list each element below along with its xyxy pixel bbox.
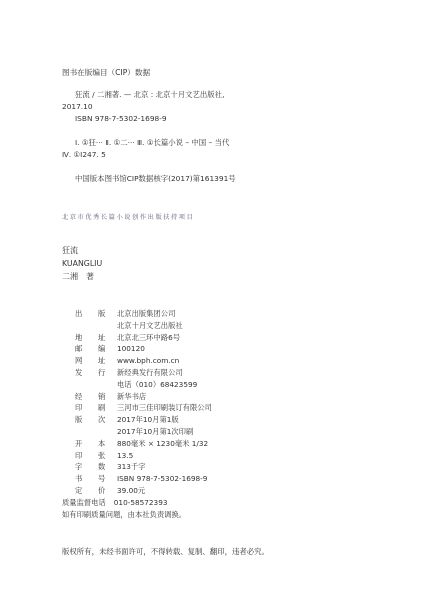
info-row-distributor: 发行新经典发行有限公司 — [75, 367, 212, 379]
cip-heading: 图书在版编目（CIP）数据 — [62, 68, 150, 77]
info-row-website: 网址www.bph.com.cn — [75, 355, 212, 367]
cip-line-classification: Ⅰ. ①狂··· Ⅱ. ①二··· Ⅲ. ①长篇小说 – 中国 – 当代 — [75, 138, 229, 147]
book-title-pinyin: KUANGLIU — [62, 259, 102, 268]
info-row-distributor-phone: 电话（010）68423599 — [75, 379, 212, 391]
info-row-publisher: 出版北京出版集团公司 — [75, 308, 212, 320]
project-note: 北京市优秀长篇小说创作出版扶持项目 — [62, 213, 194, 222]
info-row-isbn: 书号ISBN 978-7-5302-1698-9 — [75, 473, 212, 485]
info-row-edition: 版次2017年10月第1版 — [75, 414, 212, 426]
info-row-word-count: 字数313千字 — [75, 461, 212, 473]
quality-phone: 质量监督电话010-58572393 — [62, 497, 167, 509]
misprint-note: 如有印刷质量问题，由本社负责调换。 — [62, 509, 186, 521]
website-link: www.bph.com.cn — [117, 355, 179, 367]
author-role: 著 — [86, 272, 94, 281]
cip-line-date: 2017.10 — [62, 102, 93, 111]
copyright-page: 图书在版编目（CIP）数据 狂流 / 二湘著. — 北京 : 北京十月文艺出版社… — [0, 0, 440, 600]
info-row-printer: 印刷三河市三佳印刷装订有限公司 — [75, 402, 212, 414]
info-row-publisher-2: 北京十月文艺出版社 — [75, 320, 212, 332]
publication-info-table: 出版北京出版集团公司 北京十月文艺出版社 地址北京北三环中路6号 邮编10012… — [75, 308, 212, 497]
cip-line-class-number: Ⅳ. ①I247. 5 — [62, 150, 106, 159]
cip-line-record-number: 中国版本图书馆CIP数据核字(2017)第161391号 — [75, 174, 236, 183]
info-row-retailer: 经销新华书店 — [75, 391, 212, 403]
cip-line-isbn: ISBN 978-7-5302-1698-9 — [75, 114, 167, 123]
info-row-format: 开本880毫米 × 1230毫米 1/32 — [75, 438, 212, 450]
info-row-address: 地址北京北三环中路6号 — [75, 332, 212, 344]
author-name: 二湘 — [62, 272, 78, 281]
book-title: 狂流 — [62, 246, 78, 255]
book-author: 二湘著 — [62, 272, 94, 281]
quality-phone-label: 质量监督电话 — [62, 498, 106, 507]
quality-phone-number: 010-58572393 — [114, 498, 168, 507]
info-row-sheets: 印张13.5 — [75, 450, 212, 462]
copyright-notice: 版权所有，未经书面许可，不得转载、复制、翻印，违者必究。 — [62, 546, 269, 558]
cip-line-title-publisher: 狂流 / 二湘著. — 北京 : 北京十月文艺出版社, — [75, 90, 224, 99]
info-row-printing: 2017年10月第1次印刷 — [75, 426, 212, 438]
info-row-postcode: 邮编100120 — [75, 343, 212, 355]
info-row-price: 定价39.00元 — [75, 485, 212, 497]
